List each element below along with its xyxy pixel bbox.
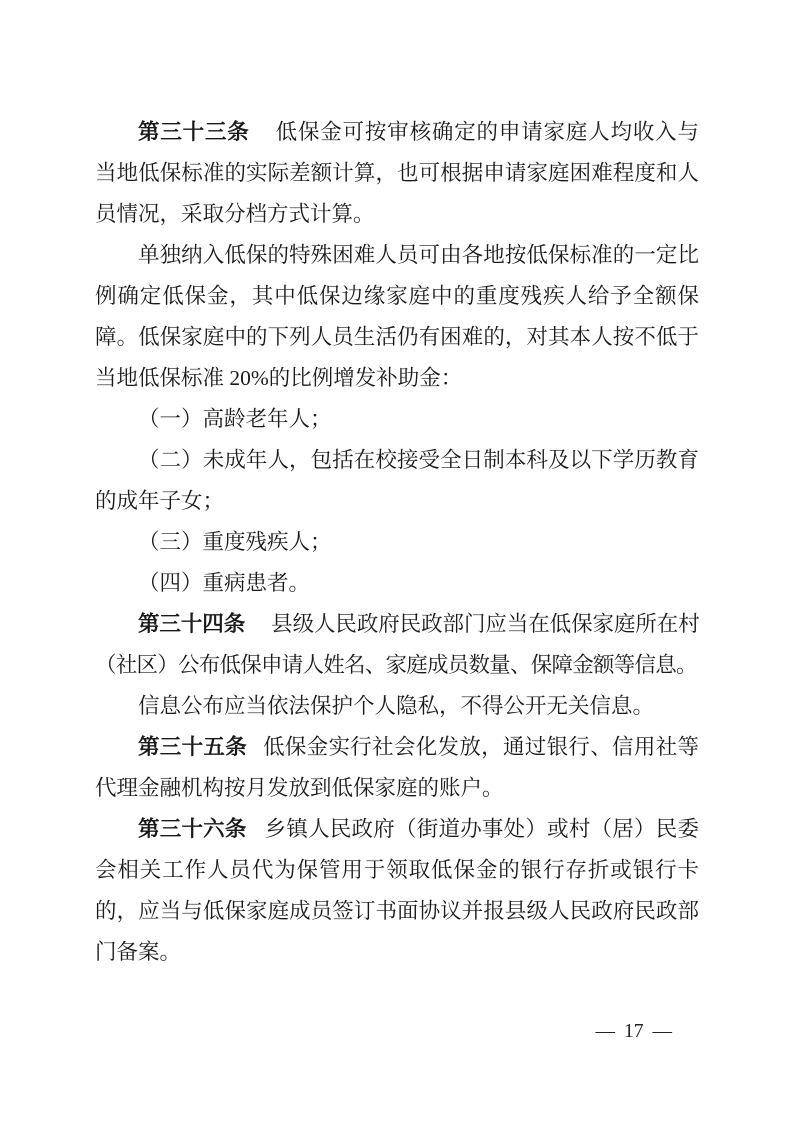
list-item-4: （四）重病患者。 (95, 563, 699, 604)
list-item-2: （二）未成年人，包括在校接受全日制本科及以下学历教育的成年子女； (95, 440, 699, 522)
footer-right-dash: — (653, 1021, 673, 1042)
article-34-number: 第三十四条 (138, 612, 245, 636)
footer-left-dash: — (596, 1021, 616, 1042)
list-item-1-text: （一）高龄老年人； (138, 407, 332, 431)
footer-page-number: 17 (624, 1021, 644, 1042)
list-item-3: （三）重度残疾人； (95, 522, 699, 563)
article-36-number: 第三十六条 (138, 817, 247, 841)
list-item-2-text: （二）未成年人，包括在校接受全日制本科及以下学历教育的成年子女； (95, 448, 699, 513)
privacy-text: 信息公布应当依法保护个人隐私，不得公开无关信息。 (138, 694, 654, 718)
list-item-3-text: （三）重度残疾人； (138, 530, 332, 554)
special-inclusion-text: 单独纳入低保的特殊困难人员可由各地按低保标准的一定比例确定低保金，其中低保边缘家… (95, 243, 699, 390)
page-footer: —17— (596, 1020, 673, 1044)
paragraph-special-inclusion: 单独纳入低保的特殊困难人员可由各地按低保标准的一定比例确定低保金，其中低保边缘家… (95, 235, 699, 399)
list-item-1: （一）高龄老年人； (95, 399, 699, 440)
article-33-number: 第三十三条 (138, 120, 250, 144)
document-body: 第三十三条低保金可按审核确定的申请家庭人均收入与当地低保标准的实际差额计算，也可… (95, 112, 699, 973)
article-35-number: 第三十五条 (138, 735, 247, 759)
paragraph-article-33: 第三十三条低保金可按审核确定的申请家庭人均收入与当地低保标准的实际差额计算，也可… (95, 112, 699, 235)
paragraph-article-34: 第三十四条县级人民政府民政部门应当在低保家庭所在村（社区）公布低保申请人姓名、家… (95, 604, 699, 686)
document-page: 第三十三条低保金可按审核确定的申请家庭人均收入与当地低保标准的实际差额计算，也可… (0, 0, 794, 1123)
list-item-4-text: （四）重病患者。 (138, 571, 310, 595)
paragraph-article-36: 第三十六条乡镇人民政府（街道办事处）或村（居）民委会相关工作人员代为保管用于领取… (95, 809, 699, 973)
paragraph-privacy: 信息公布应当依法保护个人隐私，不得公开无关信息。 (95, 686, 699, 727)
paragraph-article-35: 第三十五条低保金实行社会化发放，通过银行、信用社等代理金融机构按月发放到低保家庭… (95, 727, 699, 809)
